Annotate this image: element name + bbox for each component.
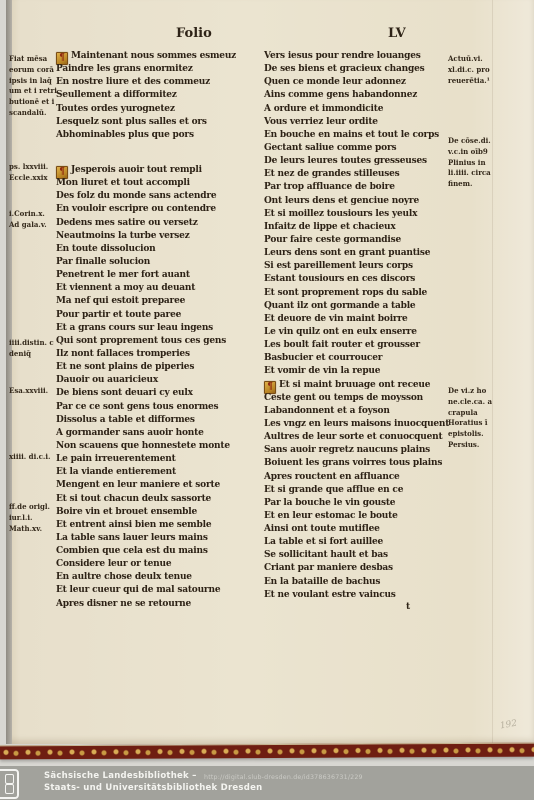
text-line: Sans auoir regretz naucuns plains xyxy=(264,444,464,457)
text-line: Basbucier et courroucer xyxy=(264,352,464,365)
signature-mark: t xyxy=(406,602,410,612)
text-line: Vous verriez leur ordite xyxy=(264,116,464,129)
text-line: A gormander sans auoir honte xyxy=(56,427,262,440)
text-line: Et en leur estomac le boute xyxy=(264,510,464,523)
text-line: Gectant saliue comme pors xyxy=(264,142,464,155)
text-line: Ont leurs dens et genciue noyre xyxy=(264,195,464,208)
text-line: De leurs leures toutes gresseuses xyxy=(264,155,464,168)
logo-glyph xyxy=(5,774,14,784)
page-crease xyxy=(492,0,493,744)
book-page: Folio LV ¶Maintenant nous sommes esmeuzP… xyxy=(6,0,534,744)
text-line: Par finalle solucion xyxy=(56,256,262,269)
verse-block: ¶Maintenant nous sommes esmeuzPaindre le… xyxy=(56,50,262,142)
text-line: Quant ilz ont gormande a table xyxy=(264,300,464,313)
text-line: Ilz nont fallaces tromperies xyxy=(56,348,262,361)
text-line: Paindre les grans enormitez xyxy=(56,63,262,76)
margin-note-line: Horatius ī xyxy=(448,418,510,429)
text-line: Si est pareillement leurs corps xyxy=(264,260,464,273)
slub-logo-icon xyxy=(0,769,19,799)
margin-note: xiiii. di.c.i. xyxy=(9,452,55,463)
text-line: Et sont proprement rops du sable xyxy=(264,287,464,300)
text-line: En nostre liure et des commeuz xyxy=(56,76,262,89)
margin-note-line: butionē et i xyxy=(9,97,55,108)
text-line: Pour partir et toute paree xyxy=(56,309,262,322)
text-line: Seullement a difformitez xyxy=(56,89,262,102)
margin-note-line: ne.cle.ca. a xyxy=(448,397,510,408)
page-header: Folio LV xyxy=(6,26,534,44)
margin-note-line: Math.xv. xyxy=(9,524,55,535)
text-line: Vers iesus pour rendre louanges xyxy=(264,50,464,63)
margin-note: ps. lxxviii.Eccle.xxix xyxy=(9,162,55,184)
text-line: Et ne sont plains de piperies xyxy=(56,361,262,374)
margin-note: De vi.z hone.cle.ca. acrapulaHoratius īe… xyxy=(448,386,510,451)
text-line: Le vin quilz ont en eulx enserre xyxy=(264,326,464,339)
text-line: Dissolus a table et difformes xyxy=(56,414,262,427)
margin-note-line: Actuū.vi. xyxy=(448,54,510,65)
margin-note-line: De vi.z ho xyxy=(448,386,510,397)
margin-note-line: Fiat mēsa xyxy=(9,54,55,65)
margin-note-line: Persius. xyxy=(448,440,510,451)
verse-block: ¶Et si maint bruuage ont receueCeste gen… xyxy=(264,379,464,602)
text-line: En vouloir escripre ou contendre xyxy=(56,203,262,216)
text-line: Et entrent ainsi bien me semble xyxy=(56,519,262,532)
margin-note-line: xiiii. di.c.i. xyxy=(9,452,55,463)
margin-note-line: eorum corā xyxy=(9,65,55,76)
margin-note-line: reuerētia.¹ xyxy=(448,76,510,87)
text-line: ¶Jesperois auoir tout rempli xyxy=(56,164,262,177)
text-line: Apres rouctent en affluance xyxy=(264,471,464,484)
margin-note-line: epistolis. xyxy=(448,429,510,440)
margin-note-line: crapula xyxy=(448,408,510,419)
text-line: Pour faire ceste gormandise xyxy=(264,234,464,247)
text-line: Et viennent a moy au deuant xyxy=(56,282,262,295)
text-line: Et si tout chacun deulx sassorte xyxy=(56,493,262,506)
text-line: Ainsi ont toute mutiflee xyxy=(264,523,464,536)
text-line: En aultre chose deulx tenue xyxy=(56,571,262,584)
verse-block: Vers iesus pour rendre louangesDe ses bi… xyxy=(264,50,464,379)
text-line: Se sollicitant hault et bas xyxy=(264,549,464,562)
digital-url: http://digital.slub-dresden.de/id3786367… xyxy=(204,774,363,781)
library-name-line2: Staats- und Universitätsbibliothek Dresd… xyxy=(44,783,262,795)
text-line: Infaitz de lippe et chacieux xyxy=(264,221,464,234)
text-line: Qui sont proprement tous ces gens xyxy=(56,335,262,348)
text-line: De biens sont deuari cy eulx xyxy=(56,387,262,400)
text-line: Le pain irreuerentement xyxy=(56,453,262,466)
text-line: Boire vin et brouet ensemble xyxy=(56,506,262,519)
text-line: Par ce ce sont gens tous enormes xyxy=(56,401,262,414)
margin-note-line: i.Corin.x. xyxy=(9,209,55,220)
footer-bar: Sächsische Landesbibliothek – Staats- un… xyxy=(0,766,534,800)
text-line: Et nez de grandes stilleuses xyxy=(264,168,464,181)
text-line: Abhominables plus que pors xyxy=(56,129,262,142)
margin-note: Fiat mēsaeorum corāipsis in laq̄um et i … xyxy=(9,54,55,119)
margin-note-line: Esa.xxviii. xyxy=(9,386,55,397)
text-line: Dauoir ou auaricieux xyxy=(56,374,262,387)
gilded-book-edge xyxy=(0,743,534,760)
margin-note-line: deniq̄ xyxy=(9,349,55,360)
text-line: Et deuore de vin maint boirre xyxy=(264,313,464,326)
margin-note: iiii.distin. cdeniq̄ xyxy=(9,338,55,360)
text-line-text: Maintenant nous sommes esmeuz xyxy=(71,51,236,61)
margin-note-line: ff.de origl. xyxy=(9,502,55,513)
text-line: Penetrent le mer fort auant xyxy=(56,269,262,282)
text-line: En toute dissolucion xyxy=(56,243,262,256)
margin-note-line: De cōse.di. xyxy=(448,136,510,147)
text-line: Ceste gent ou temps de moysson xyxy=(264,392,464,405)
text-line: Par la bouche le vin gouste xyxy=(264,497,464,510)
text-line: Les vngz en leurs maisons inuocquent xyxy=(264,418,464,431)
text-line: Ma nef qui estoit preparee xyxy=(56,295,262,308)
margin-note-line: ipsis in laq̄ xyxy=(9,76,55,87)
margin-note-line: iur.l.i. xyxy=(9,513,55,524)
text-line: Labandonnent et a foyson xyxy=(264,405,464,418)
margin-note-line: ps. lxxviii. xyxy=(9,162,55,173)
pencil-folio-number: 192 xyxy=(499,719,518,732)
text-line: Ains comme gens habandonnez xyxy=(264,89,464,102)
text-line: Et ne voulant estre vaincus xyxy=(264,589,464,602)
text-line: En la bataille de bachus xyxy=(264,576,464,589)
text-line: De ses biens et gracieux changes xyxy=(264,63,464,76)
text-line: Estant tousiours en ces discors xyxy=(264,273,464,286)
text-line: Et si grande que afflue en ce xyxy=(264,484,464,497)
text-line: Et a grans cours sur leau ingens xyxy=(56,322,262,335)
margin-note-line: Eccle.xxix xyxy=(9,173,55,184)
text-line: Combien que cela est du mains xyxy=(56,545,262,558)
margin-note-line: Plinius in xyxy=(448,158,510,169)
margin-note-line: li.iiii. circa xyxy=(448,168,510,179)
text-line: Criant par maniere desbas xyxy=(264,562,464,575)
margin-note-line: scandalū. xyxy=(9,108,55,119)
margin-note: i.Corin.x.Ad gala.v. xyxy=(9,209,55,231)
margin-note-line: um et i retri xyxy=(9,86,55,97)
text-line: Mon liuret et tout accompli xyxy=(56,177,262,190)
margin-note-line: Ad gala.v. xyxy=(9,220,55,231)
digitized-book-photograph: Folio LV ¶Maintenant nous sommes esmeuzP… xyxy=(0,0,534,800)
left-text-column: ¶Maintenant nous sommes esmeuzPaindre le… xyxy=(56,50,262,611)
text-line: ¶Et si maint bruuage ont receue xyxy=(264,379,464,392)
text-line: Quen ce monde leur adonnez xyxy=(264,76,464,89)
folio-label: Folio xyxy=(176,26,212,41)
margin-note-line: v.c.in oīb9 xyxy=(448,147,510,158)
text-line: A ordure et immondicite xyxy=(264,103,464,116)
text-line: La table sans lauer leurs mains xyxy=(56,532,262,545)
text-line: Par trop affluance de boire xyxy=(264,181,464,194)
text-line: En bouche en mains et tout le corps xyxy=(264,129,464,142)
text-line: Considere leur or tenue xyxy=(56,558,262,571)
text-line: Dedens mes satire ou versetz xyxy=(56,217,262,230)
margin-note: De cōse.di.v.c.in oīb9Plinius inli.iiii.… xyxy=(448,136,510,190)
text-line: Les boult fait router et grousser xyxy=(264,339,464,352)
text-line: Apres disner ne se retourne xyxy=(56,598,262,611)
text-line: Non scauens que honnestete monte xyxy=(56,440,262,453)
text-line: Boiuent les grans voirres tous plains xyxy=(264,457,464,470)
margin-note-line: iiii.distin. c xyxy=(9,338,55,349)
margin-note-line: finem. xyxy=(448,179,510,190)
text-line: Et vomir de vin la repue xyxy=(264,365,464,378)
page-number: LV xyxy=(388,26,406,41)
text-line: La table et si fort auillee xyxy=(264,536,464,549)
text-line: Aultres de leur sorte et conuocquent xyxy=(264,431,464,444)
text-line: ¶Maintenant nous sommes esmeuz xyxy=(56,50,262,63)
text-line: Mengent en leur maniere et sorte xyxy=(56,479,262,492)
verse-block: ¶Jesperois auoir tout rempliMon liuret e… xyxy=(56,164,262,611)
text-line: Des folz du monde sans actendre xyxy=(56,190,262,203)
text-line: Et la viande entierement xyxy=(56,466,262,479)
text-line-text: Et si maint bruuage ont receue xyxy=(279,380,430,390)
margin-note-line: xl.di.c. pro xyxy=(448,65,510,76)
logo-glyph xyxy=(5,784,14,794)
text-line: Leurs dens sont en grant puantise xyxy=(264,247,464,260)
text-line: Neautmoins la turbe versez xyxy=(56,230,262,243)
right-text-column: Vers iesus pour rendre louangesDe ses bi… xyxy=(264,50,464,602)
margin-note: ff.de origl.iur.l.i.Math.xv. xyxy=(9,502,55,534)
text-line: Et si moillez tousiours les yeulx xyxy=(264,208,464,221)
text-line-text: Jesperois auoir tout rempli xyxy=(71,165,202,175)
margin-note: Esa.xxviii. xyxy=(9,386,55,397)
text-line: Et leur cueur qui de mal satourne xyxy=(56,584,262,597)
text-line: Lesquelz sont plus salles et ors xyxy=(56,116,262,129)
text-line: Toutes ordes yurognetez xyxy=(56,103,262,116)
margin-note: Actuū.vi.xl.di.c. proreuerētia.¹ xyxy=(448,54,510,86)
